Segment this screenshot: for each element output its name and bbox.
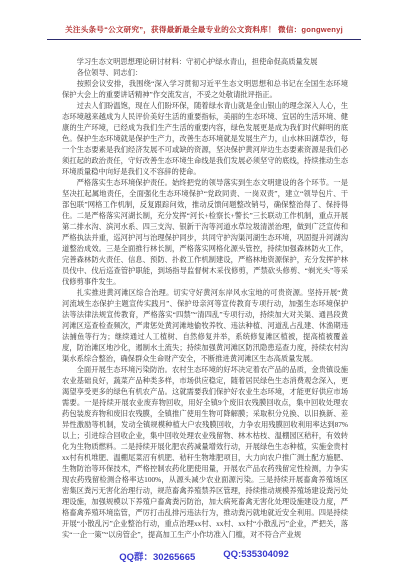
- document-title: 学习生态文明思想理论研讨材料：守初心护绿水青山，担使命促高质量发展: [62, 56, 348, 67]
- body-paragraph: 按照会议安排，我围绕“深入学习贯彻习近平生态文明思想和总书记在全国生态环境保护大…: [62, 78, 348, 100]
- footer-contact-bar: QQ群：30265665 QQ:535304092: [0, 549, 408, 563]
- document-page: 关注头条号“公文研究”，获得最新最全最专业的公文资料库！ 微信：gongweny…: [0, 0, 408, 580]
- salutation: 各位领导、同志们：: [62, 67, 348, 78]
- qq-group-contact: QQ群：30265665: [119, 549, 195, 563]
- qq-contact: QQ:535304092: [223, 549, 289, 563]
- body-paragraph: 扎实推进黄河滩区综合治理。切实守好黄河东岸风水宝地的可贵资源。坚持开展“黄河流域…: [62, 287, 348, 364]
- document-body: 学习生态文明思想理论研讨材料：守初心护绿水青山，担使命促高质量发展 各位领导、同…: [62, 56, 348, 540]
- body-paragraph: 严格落实生态环境保护责任。始终把党的领导落实到生态文明建设的各个环节。一是坚决扛…: [62, 177, 348, 287]
- body-paragraph: 全面开展生态环境污染防治。农村生态环境的好坏决定着农产品的品质，金贵镇设施农业基…: [62, 364, 348, 540]
- body-paragraph: 过去人们盼温饱，现在人们盼环保，随着绿水青山就是金山银山的理念深入人心，生态环境…: [62, 100, 348, 177]
- header-promo-banner: 关注头条号“公文研究”，获得最新最全最专业的公文资料库！ 微信：gongweny…: [47, 25, 361, 40]
